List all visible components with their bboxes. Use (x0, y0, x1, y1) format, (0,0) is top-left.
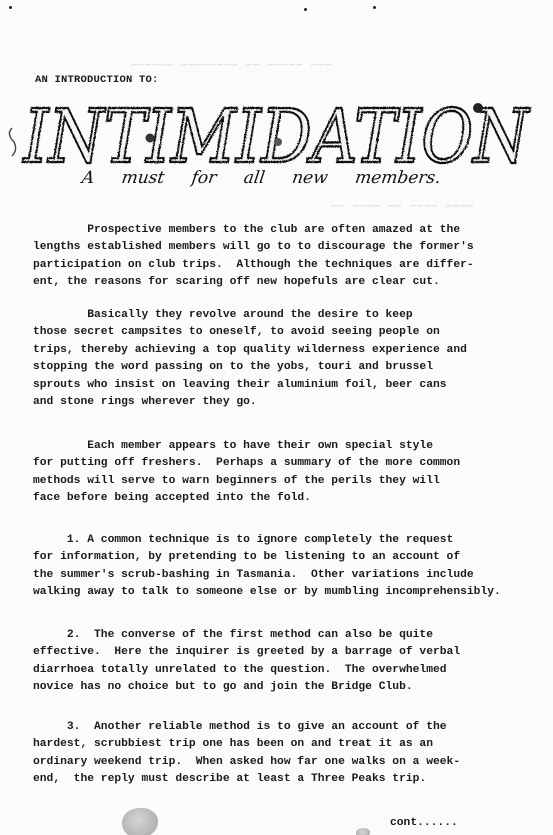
text-line: novice has no choice but to go and join … (33, 679, 533, 696)
paragraph-each-member: Each member appears to have their own sp… (33, 438, 533, 508)
bleed-through-text: ~~~ ~~~~~ ~~ ~~~~~~~~ ~~~~~~ (130, 59, 332, 73)
text-line: Each member appears to have their own sp… (33, 438, 533, 455)
text-line: participation on club trips. Although th… (33, 257, 533, 274)
text-line: end, the reply must describe at least a … (33, 771, 533, 788)
title-text: INTIMIDATION (22, 98, 531, 173)
text-line: 2. The converse of the first method can … (33, 627, 533, 644)
text-line: and stone rings wherever they go. (33, 394, 533, 411)
paragraph-method-1: 1. A common technique is to ignore compl… (33, 532, 533, 602)
text-line: methods will serve to warn beginners of … (33, 473, 533, 490)
text-line: ent, the reasons for scaring off new hop… (33, 274, 533, 291)
paragraph-intro: Prospective members to the club are ofte… (33, 222, 533, 292)
scan-speck (9, 6, 12, 9)
continued-marker: cont...... (390, 817, 458, 829)
ink-stain (356, 828, 370, 835)
hand-drawn-title-graphic: INTIMIDATION (4, 98, 549, 173)
bleed-through-text: ~~~~ ~~~~ ~~ ~~~~ ~~ (330, 200, 474, 214)
text-line: Basically they revolve around the desire… (33, 307, 533, 324)
scan-speck (373, 6, 376, 9)
text-line: stopping the word passing on to the yobs… (33, 359, 533, 376)
text-line: for putting off freshers. Perhaps a summ… (33, 455, 533, 472)
intro-heading: AN INTRODUCTION TO: (35, 74, 159, 86)
text-line: lengths established members will go to t… (33, 239, 533, 256)
text-line: walking away to talk to someone else or … (33, 584, 533, 601)
paragraph-method-3: 3. Another reliable method is to give an… (33, 719, 533, 789)
text-line: 1. A common technique is to ignore compl… (33, 532, 533, 549)
scribble-doodle (9, 128, 15, 156)
text-line: diarrhoea totally unrelated to the quest… (33, 662, 533, 679)
document-title: INTIMIDATION (4, 98, 549, 173)
scan-speck (304, 8, 307, 11)
text-line: face before being accepted into the fold… (33, 490, 533, 507)
text-line: sprouts who insist on leaving their alum… (33, 377, 533, 394)
text-line: the summer's scrub-bashing in Tasmania. … (33, 567, 533, 584)
text-line: those secret campsites to oneself, to av… (33, 324, 533, 341)
subtitle: A must for all new members. (81, 168, 442, 188)
text-line: trips, thereby achieving a top quality w… (33, 342, 533, 359)
text-line: hardest, scrubbiest trip one has been on… (33, 736, 533, 753)
ink-stain (122, 808, 158, 835)
paragraph-basically: Basically they revolve around the desire… (33, 307, 533, 411)
flower-doodle-icon (274, 138, 282, 146)
paragraph-method-2: 2. The converse of the first method can … (33, 627, 533, 697)
text-line: 3. Another reliable method is to give an… (33, 719, 533, 736)
text-line: Prospective members to the club are ofte… (33, 222, 533, 239)
text-line: ordinary weekend trip. When asked how fa… (33, 754, 533, 771)
bug-doodle-icon (473, 103, 483, 113)
flower-doodle-icon (146, 134, 155, 143)
text-line: for information, by pretending to be lis… (33, 549, 533, 566)
text-line: effective. Here the inquirer is greeted … (33, 644, 533, 661)
